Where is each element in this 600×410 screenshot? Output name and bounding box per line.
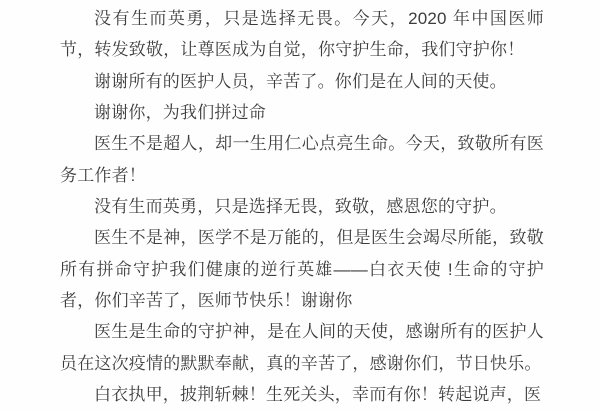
paragraph: 医生不是神，医学不是万能的，但是医生会竭尽所能，致敬所有拼命守护我们健康的逆行英… [60,222,544,316]
document-page: 没有生而英勇，只是选择无畏。今天，2020 年中国医师节，转发致敬，让尊医成为自… [60,3,544,400]
paragraph: 没有生而英勇，只是选择无畏。今天，2020 年中国医师节，转发致敬，让尊医成为自… [60,3,544,66]
paragraph: 谢谢你，为我们拼过命 [60,97,544,128]
paragraph: 没有生而英勇，只是选择无畏，致敬，感恩您的守护。 [60,191,544,222]
paragraph: 谢谢所有的医护人员，辛苦了。你们是在人间的天使。 [60,66,544,97]
paragraph: 白衣执甲，披荆斩棘！生死关头，幸而有你！转起说声，医 [60,379,544,400]
paragraph: 医生是生命的守护神，是在人间的天使，感谢所有的医护人员在这次疫情的默默奉献，真的… [60,316,544,379]
paragraph: 医生不是超人，却一生用仁心点亮生命。今天，致敬所有医务工作者！ [60,128,544,191]
